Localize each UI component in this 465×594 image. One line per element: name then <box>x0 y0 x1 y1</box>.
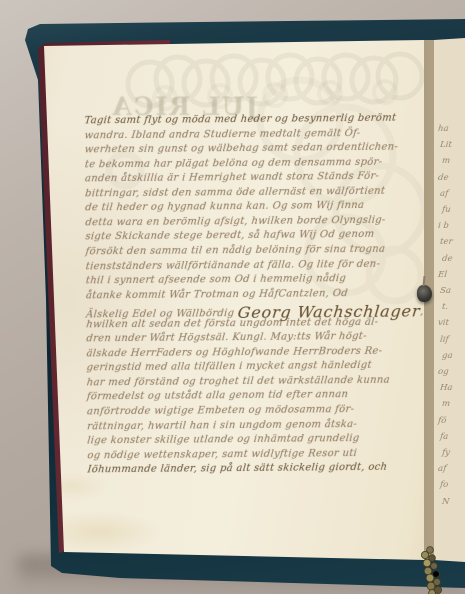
right-page-fragment: fy <box>441 448 450 458</box>
manuscript-line: tienstständers wällförtiänande at fälla.… <box>85 258 380 272</box>
manuscript-line: bittringar, sidst den samma öde allernäs… <box>85 186 386 200</box>
manuscript-line: rättningar, hwartil han i sin ungdom gen… <box>87 419 358 432</box>
name-line-suffix: , <box>420 307 425 318</box>
manuscript-line: älskade HerrFaders og Höghlofwande HerrB… <box>86 346 383 360</box>
manuscript-line: hwilken alt sedan det första ungdom inte… <box>86 317 379 331</box>
manuscript-line: Iöhummande länder, sig på alt sätt skick… <box>87 462 388 476</box>
right-page-fragment: de <box>437 173 449 183</box>
right-page-fragment: El <box>437 270 447 280</box>
right-page-fragment: af <box>439 189 448 199</box>
right-page-fragment: ter <box>439 237 453 247</box>
manuscript-line: försökt den samma til en nådig belöning … <box>85 244 386 258</box>
manuscript-line: anförtrodde wigtige Embeten og mödosamma… <box>86 404 354 417</box>
manuscript-line: dren under Wårt Högstsäl. Kungl. May:tts… <box>86 331 367 344</box>
right-page-fragment: N <box>441 497 449 507</box>
manuscript-line: thil i synnert afseende som Od i hemmeli… <box>85 273 346 286</box>
right-page-fragment: fö <box>437 416 446 426</box>
right-page-fragment: af <box>437 464 446 474</box>
manuscript-line: og nödige wettenskaper, samt widlyftige … <box>87 448 358 461</box>
left-page: JUL RICA Tagit samt flyt og möda med hed… <box>0 0 465 594</box>
manuscript-line: detta wara en berömlig afsigt, hwilken b… <box>85 215 386 229</box>
right-page-text-column: haLitmdeaffui bterdeElSat.vitlifgaogHamf… <box>438 124 464 534</box>
manuscript-line: de til heder og hygnad kunna kan. Og som… <box>85 200 365 213</box>
right-page-fragment: lif <box>439 335 449 345</box>
right-page-fragment: t. <box>441 302 448 312</box>
bookmark-knot <box>417 285 432 302</box>
right-page-fragment: vit <box>437 318 449 328</box>
manuscript-line: Tagit samt flyt og möda med heder og bes… <box>84 113 397 127</box>
manuscript-line: anden åtskillia är i Hemrighet wandt sto… <box>84 171 379 185</box>
right-page-fragment: de <box>441 254 453 264</box>
manuscript-line: åtanke kommit Wår Trotman og HåfCantzlen… <box>85 288 348 301</box>
book-photo-scene: JUL RICA Tagit samt flyt og möda med hed… <box>0 0 465 594</box>
gold-chain-tassel <box>414 546 464 594</box>
manuscript-line: werheten sin gunst og wälbehag samt seda… <box>84 142 398 156</box>
right-page-fragment: ha <box>437 124 449 134</box>
right-page-fragment: m <box>441 156 450 166</box>
right-page-fragment: Ha <box>439 383 453 393</box>
manuscript-line: sigte Skickande stege beredt, så hafwa W… <box>85 229 375 243</box>
right-page-fragment: m <box>441 399 450 409</box>
manuscript-line: te bekomma har plägat belöna og dem dens… <box>84 156 383 170</box>
manuscript-line: har med förständ og troghet til det wärk… <box>86 375 390 389</box>
manuscript-line: geringstid med alla tilfällen i mycket a… <box>86 360 372 373</box>
right-page-fragment: fo <box>439 480 448 490</box>
right-page-fragment: fu <box>441 205 451 215</box>
right-page-fragment: og <box>437 367 449 377</box>
right-page-fragment: i b <box>437 221 449 231</box>
right-page-fragment: ga <box>441 351 453 361</box>
manuscript-line: wandra. Ibland andra Studierne medtalt g… <box>84 128 361 141</box>
manuscript-line: lige konster skilige utlande og inhämtad… <box>87 433 360 446</box>
right-page-fragment: Sa <box>439 286 451 296</box>
manuscript-line: förmedelst og utstådt alla genom tid eft… <box>86 390 348 403</box>
manuscript-text-block: Tagit samt flyt og möda med heder og bes… <box>84 113 409 488</box>
right-page-fragment: Lit <box>439 140 452 150</box>
right-page-fragment: fa <box>439 432 448 442</box>
